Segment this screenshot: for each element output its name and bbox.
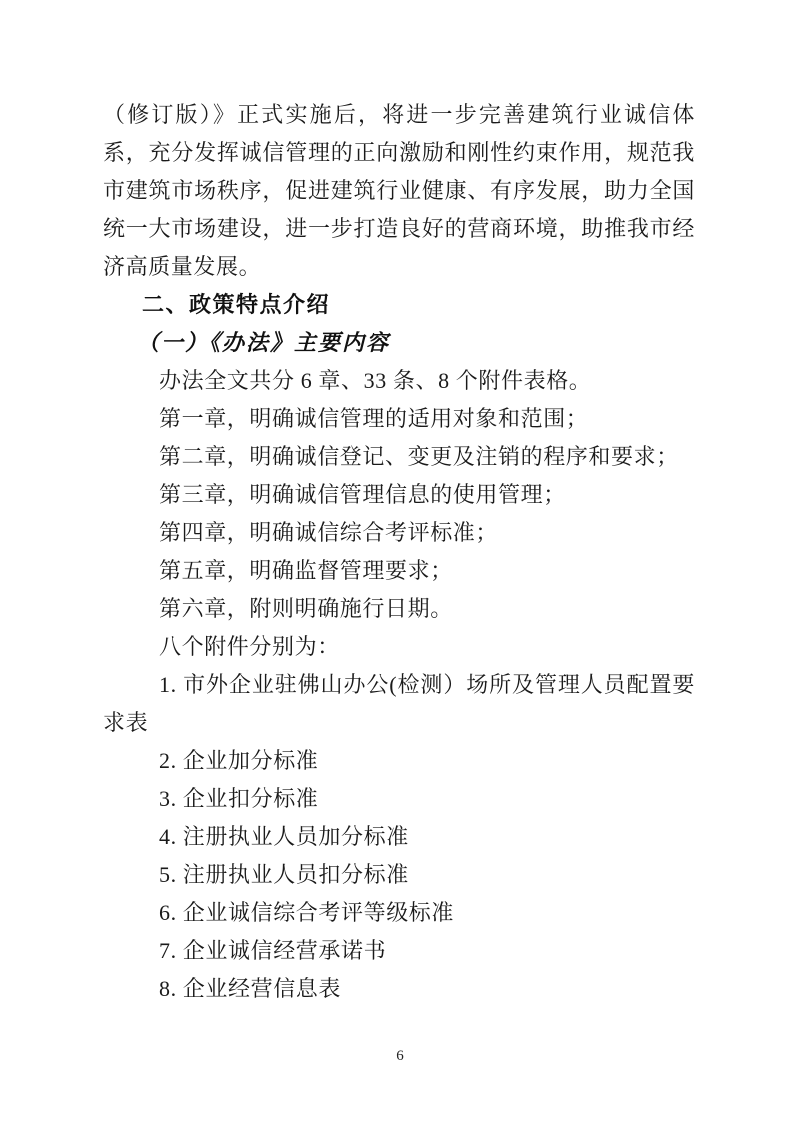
chapter-line: 第五章，明确监督管理要求； bbox=[103, 552, 695, 590]
overview-line: 办法全文共分 6 章、33 条、8 个附件表格。 bbox=[103, 362, 695, 400]
attachments-intro: 八个附件分别为： bbox=[103, 628, 695, 666]
attachment-item: 6. 企业诚信综合考评等级标准 bbox=[103, 894, 695, 932]
page-number: 6 bbox=[0, 1045, 800, 1067]
attachment-item: 8. 企业经营信息表 bbox=[103, 970, 695, 1008]
attachment-item: 2. 企业加分标准 bbox=[103, 742, 695, 780]
attachment-item: 5. 注册执业人员扣分标准 bbox=[103, 856, 695, 894]
subsection-heading: （一）《办法》主要内容 bbox=[103, 324, 695, 362]
attachment-item: 3. 企业扣分标准 bbox=[103, 780, 695, 818]
attachment-item: 1. 市外企业驻佛山办公(检测）场所及管理人员配置要求表 bbox=[103, 666, 695, 742]
attachment-item: 7. 企业诚信经营承诺书 bbox=[103, 932, 695, 970]
chapter-line: 第四章，明确诚信综合考评标准； bbox=[103, 514, 695, 552]
document-page: （修订版）》正式实施后，将进一步完善建筑行业诚信体系，充分发挥诚信管理的正向激励… bbox=[0, 0, 800, 1127]
document-body: （修订版）》正式实施后，将进一步完善建筑行业诚信体系，充分发挥诚信管理的正向激励… bbox=[103, 96, 695, 1008]
attachment-item: 4. 注册执业人员加分标准 bbox=[103, 818, 695, 856]
section-heading: 二、政策特点介绍 bbox=[103, 286, 695, 324]
chapter-line: 第六章，附则明确施行日期。 bbox=[103, 590, 695, 628]
chapter-line: 第二章，明确诚信登记、变更及注销的程序和要求； bbox=[103, 438, 695, 476]
paragraph-intro-continuation: （修订版）》正式实施后，将进一步完善建筑行业诚信体系，充分发挥诚信管理的正向激励… bbox=[103, 96, 695, 286]
chapter-line: 第三章，明确诚信管理信息的使用管理； bbox=[103, 476, 695, 514]
chapter-line: 第一章，明确诚信管理的适用对象和范围； bbox=[103, 400, 695, 438]
